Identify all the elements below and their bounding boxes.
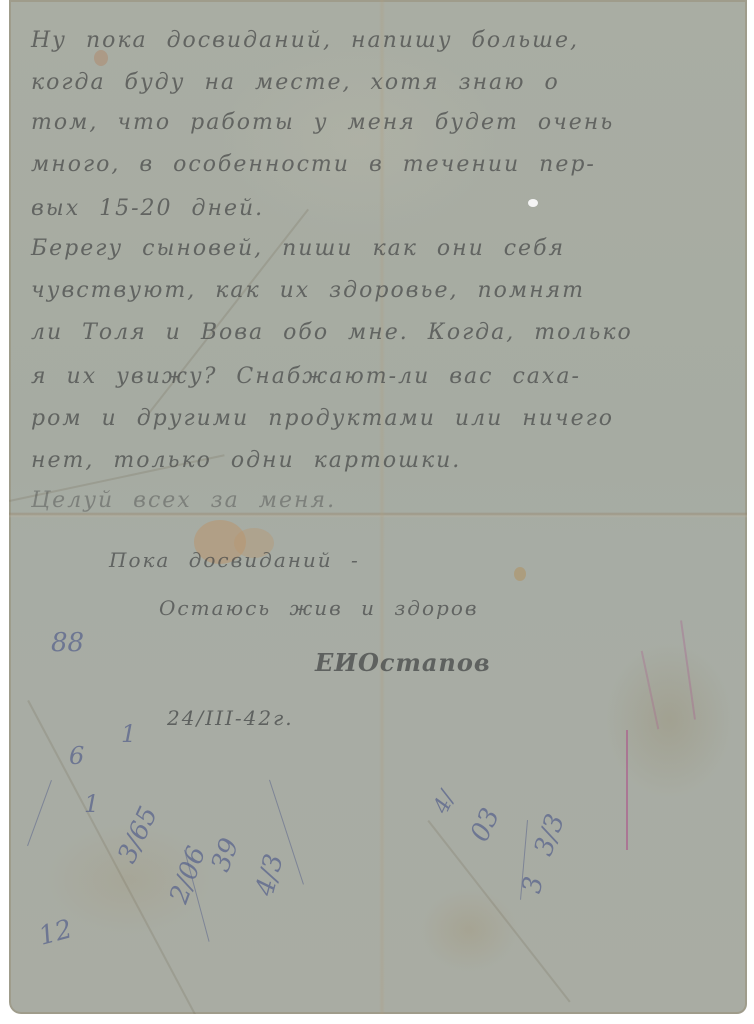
pink-pencil-mark (680, 620, 696, 719)
letter-line: Ну пока досвиданий, напишу больше, (31, 28, 579, 53)
letter-line: много, в особенности в течении пер- (31, 152, 596, 177)
pencil-scribble: 03 (465, 804, 506, 847)
letter-line: нет, только одни картошки. (31, 448, 461, 473)
letter-paper: Ну пока досвиданий, напишу больше, когда… (9, 0, 747, 1014)
margin-note: 1 (121, 720, 136, 748)
pencil-stroke (27, 780, 52, 846)
letter-date: 24/III-42г. (167, 706, 294, 730)
diagonal-crease (27, 700, 198, 1014)
margin-note: 6 (69, 742, 84, 770)
pencil-scribble: 3/3 (529, 810, 572, 860)
pencil-scribble: 4/3 (250, 851, 290, 899)
letter-line: я их увижу? Снабжают-ли вас саха- (31, 364, 581, 389)
pencil-scribble: 39 (206, 834, 246, 875)
pencil-scribble: 3/65 (112, 802, 164, 868)
pink-pencil-mark (626, 730, 628, 850)
scanned-letter-page: Ну пока досвиданий, напишу больше, когда… (0, 0, 754, 1024)
letter-line: вых 15-20 дней. (31, 196, 264, 221)
small-stain (514, 567, 526, 581)
letter-line: когда буду на месте, хотя знаю о (31, 70, 560, 95)
signature: ЕИОстапов (315, 648, 491, 677)
letter-line: Целуй всех за меня. (31, 488, 336, 513)
letter-line: том, что работы у меня будет очень (31, 110, 614, 135)
letter-line: чувствуют, как их здоровье, помнят (31, 278, 585, 303)
letter-line: ли Толя и Вова обо мне. Когда, только (31, 320, 633, 345)
margin-note: 12 (36, 914, 76, 952)
pink-pencil-mark (641, 651, 660, 730)
status-line: Остаюсь жив и здоров (159, 596, 479, 620)
margin-note: 88 (51, 628, 84, 658)
pencil-scribble: 4/ (429, 788, 461, 818)
letter-line: ром и другими продуктами или ничего (31, 406, 614, 431)
paper-hole (528, 199, 538, 207)
pencil-scribble: 2/06 (164, 842, 212, 907)
margin-note: 1 (84, 790, 99, 818)
letter-line: Берегу сыновей, пиши как они себя (31, 236, 565, 261)
farewell-line: Пока досвиданий - (109, 548, 360, 572)
